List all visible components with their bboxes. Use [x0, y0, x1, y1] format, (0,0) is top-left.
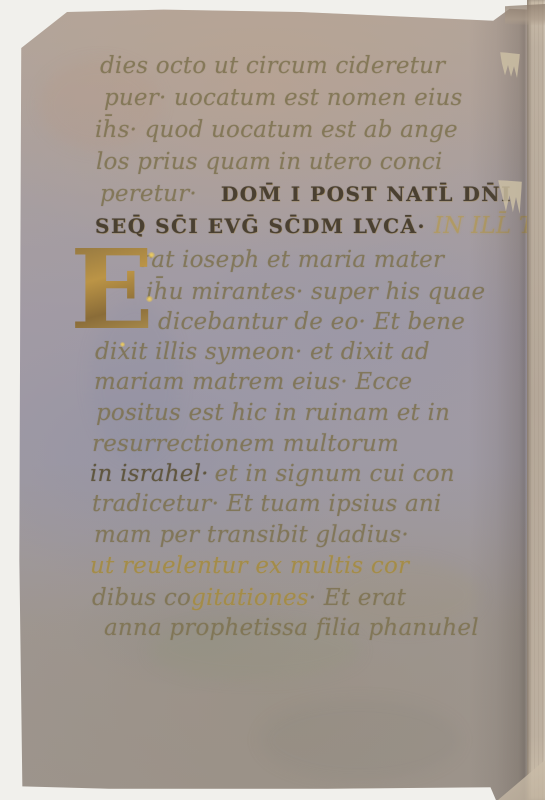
manuscript-line-7: rat ioseph et maria mater — [140, 246, 444, 274]
manuscript-line-12: positus est hic in ruinam et in — [96, 399, 450, 427]
manuscript-line-4: los prius quam in utero conci — [96, 148, 443, 176]
gold-flourish — [148, 252, 155, 258]
text-segment-rubric: DOM̄ I POST NATL̄ DN̄I — [221, 182, 512, 206]
parchment-leaf: dies octo ut circum cidereturpuer· uocat… — [0, 0, 545, 800]
text-segment-ink: et in signum cui con — [215, 461, 455, 487]
text-segment-ink: rat ioseph et maria mater — [140, 247, 444, 273]
text-segment-inkdark: in israhel· — [90, 461, 209, 487]
manuscript-line-17: ut reuelentur ex multis cor — [90, 552, 409, 580]
manuscript-photo: dies octo ut circum cidereturpuer· uocat… — [0, 0, 545, 800]
text-segment-ink: positus est hic in ruinam et in — [96, 400, 450, 426]
text-segment-ink: ih̄s· quod uocatum est ab ange — [95, 117, 458, 143]
manuscript-line-18: dibus cogitationes· Et erat — [92, 584, 406, 612]
gutter-top-page-edge — [505, 4, 545, 26]
manuscript-line-6: SEQ̄ SC̄I EVḠ SC̄DM LVCĀ·IN ILL̄ TEMP̄ — [95, 212, 545, 240]
text-segment-ink: los prius quam in utero conci — [96, 149, 443, 175]
page-edge-lines — [530, 0, 545, 800]
text-segment-ink: tradicetur· Et tuam ipsius ani — [92, 491, 441, 517]
text-segment-ink: dies octo ut circum cideretur — [100, 53, 445, 79]
manuscript-line-9: dicebantur de eo· Et bene — [158, 308, 465, 336]
manuscript-line-16: mam per transibit gladius· — [94, 521, 409, 549]
gold-flourish — [146, 296, 153, 302]
manuscript-line-2: puer· uocatum est nomen eius — [104, 84, 463, 112]
text-segment-ink: dibus co — [92, 585, 191, 611]
text-segment-ink: peretur· — [100, 181, 197, 207]
manuscript-line-11: mariam matrem eius· Ecce — [94, 368, 412, 396]
text-segment-ink: mariam matrem eius· Ecce — [94, 369, 412, 395]
manuscript-line-5: peretur·DOM̄ I POST NATL̄ DN̄I — [100, 180, 512, 208]
text-segment-goldink: ut reuelentur ex multis cor — [90, 553, 409, 579]
text-segment-ink: resurrectionem multorum — [92, 431, 399, 457]
manuscript-line-15: tradicetur· Et tuam ipsius ani — [92, 490, 441, 518]
text-segment-ink: · Et erat — [309, 585, 406, 611]
manuscript-line-14: in israhel·et in signum cui con — [90, 460, 455, 488]
text-segment-ink: ih̄u mirantes· super his quae — [146, 279, 485, 305]
manuscript-line-19: anna prophetissa filia phanuhel — [104, 614, 479, 642]
text-segment-ink: anna prophetissa filia phanuhel — [104, 615, 479, 641]
text-block: dies octo ut circum cidereturpuer· uocat… — [0, 0, 545, 800]
text-segment-ink: mam per transibit gladius· — [94, 522, 409, 548]
illuminated-initial: E — [70, 240, 154, 340]
gold-flourish — [120, 342, 125, 347]
manuscript-line-1: dies octo ut circum cideretur — [100, 52, 445, 80]
text-segment-ink: puer· uocatum est nomen eius — [104, 85, 463, 111]
text-segment-goldink: gitationes — [191, 585, 309, 611]
manuscript-line-13: resurrectionem multorum — [92, 430, 399, 458]
manuscript-line-8: ih̄u mirantes· super his quae — [146, 278, 485, 306]
text-segment-ink: dicebantur de eo· Et bene — [158, 309, 465, 335]
manuscript-line-3: ih̄s· quod uocatum est ab ange — [95, 116, 458, 144]
